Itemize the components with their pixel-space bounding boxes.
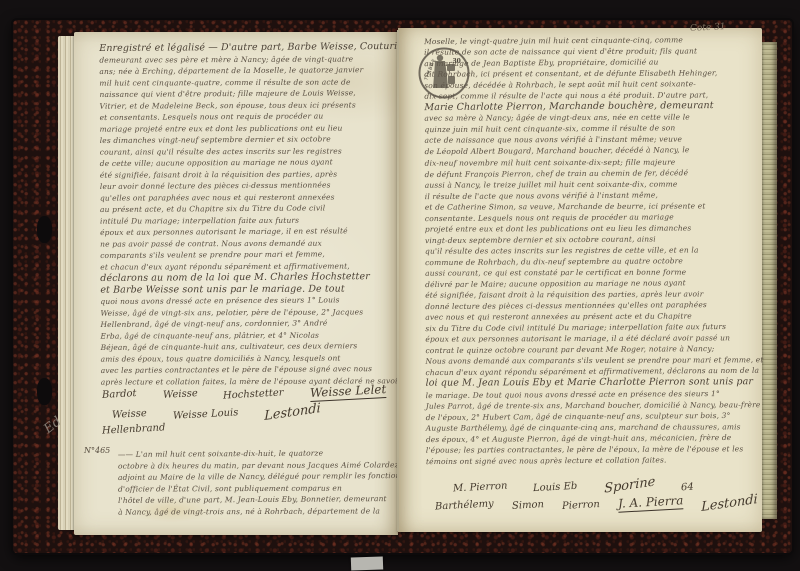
right-page-stack-edge — [762, 42, 777, 519]
signature: Pierron — [561, 499, 599, 512]
manuscript-line: ans; née à Erching, département de la Mo… — [99, 64, 393, 78]
left-signature-block: BardotWeisseHochstetterWeisse Lelet Weis… — [102, 384, 386, 435]
manuscript-line: de cette ville; aucune opposition au mar… — [100, 156, 394, 170]
signature: M. Pierron — [453, 481, 508, 495]
archival-register-photo: Enregistré et légalisé — D'autre part, B… — [0, 0, 800, 567]
signature: Barthélemy — [435, 498, 494, 512]
signature: Weisse — [162, 388, 197, 401]
timbre-revenue-stamp: 30 TIMBRE — [417, 46, 471, 100]
manuscript-line: époux et aux personnes autorisant le mar… — [100, 225, 394, 239]
manuscript-line: Béjean, âgé de cinquante-huit ans, culti… — [101, 340, 395, 354]
signature-row: Hellenbrand — [102, 424, 386, 435]
cover-paper-label — [351, 556, 383, 567]
page-fold-line — [397, 30, 399, 531]
folio-number-note: Cote 31 — [690, 22, 726, 34]
signature: Lestondi — [264, 401, 320, 424]
manuscript-line: comparants s'ils veulent se prendre pour… — [100, 248, 394, 262]
signature: Lestondi — [701, 492, 757, 515]
manuscript-line: vingt-deux septembre dernier et six octo… — [425, 233, 741, 246]
manuscript-line: les dimanches vingt-neuf septembre derni… — [100, 133, 394, 147]
signature: Simon — [511, 499, 544, 512]
left-page-stack-edge — [58, 36, 75, 530]
cover-clasp-top — [37, 216, 52, 243]
manuscript-line: Moselle, le vingt-quatre juin mil huit c… — [424, 34, 740, 47]
signature-row: WeisseWeisse LouisLestondi — [112, 405, 386, 420]
signature-row: BarthélemySimonPierronJ. A. PierraLeston… — [435, 495, 758, 511]
manuscript-line: au présent acte, et du Chapitre six du T… — [100, 202, 394, 216]
signature: J. A. Pierra — [617, 493, 683, 512]
act-margin-number: N°465 — [84, 446, 110, 455]
manuscript-line: naissance qui vient d'être produit; fill… — [99, 87, 393, 101]
manuscript-line: des époux, 4° et Auguste Pierron, âgé de… — [426, 432, 742, 445]
signature-row: BardotWeisseHochstetterWeisse Lelet — [102, 384, 386, 400]
manuscript-line: Enregistré et légalisé — D'autre part, B… — [99, 41, 393, 55]
signature: Sporine — [604, 474, 655, 496]
manuscript-line: consentante. Lesquels nous ont requis de… — [425, 211, 741, 224]
right-signature-block: M. PierronLouis EbSporine64 BarthélemySi… — [453, 478, 758, 511]
signature: Louis Eb — [533, 481, 578, 494]
manuscript-line: à Nancy, âgé de vingt-trois ans, né à Ro… — [118, 505, 394, 518]
signature: Weisse Louis — [173, 407, 239, 421]
signature: 64 — [681, 482, 694, 494]
signature: Hochstetter — [223, 387, 284, 401]
act-text-eby-pierron: Moselle, le vingt-quatre juin mil huit c… — [424, 34, 742, 466]
manuscript-line: l'hôtel de ville, d'une part, M. Jean-Lo… — [118, 493, 394, 506]
act-text-465: —— L'an mil huit cent soixante-dix-huit,… — [118, 447, 394, 517]
right-page: Moselle, le vingt-quatre juin mil huit c… — [398, 28, 762, 532]
manuscript-line: avec les parties contractantes et le pèr… — [101, 363, 395, 377]
manuscript-line: déclarons au nom de la loi que M. Charle… — [100, 271, 394, 285]
manuscript-line: leur avoir donné lecture des pièces ci-d… — [100, 179, 394, 193]
manuscript-line: au mariage de Jean Baptiste Eby, proprié… — [424, 56, 740, 69]
manuscript-line: de l'époux, 2° Hubert Cam, âgé de cinqua… — [426, 409, 742, 422]
signature-row: M. PierronLouis EbSporine64 — [453, 478, 758, 493]
manuscript-line: —— L'an mil huit cent soixante-dix-huit,… — [118, 447, 394, 460]
manuscript-line: il résulte de l'acte que nous avons véri… — [425, 189, 741, 202]
signature: Weisse Lelet — [310, 382, 387, 402]
act-text-hochstetter-weisse: Enregistré et légalisé — D'autre part, B… — [99, 41, 395, 387]
manuscript-line: quoi nous avons dressé acte en présence … — [100, 294, 394, 308]
manuscript-line: Hellenbrand, âgé de vingt-neuf ans, cord… — [100, 317, 394, 331]
manuscript-line: de défunt François Pierron, chef de trai… — [425, 166, 741, 179]
manuscript-line: témoins ont signé avec nous après lectur… — [426, 454, 742, 467]
manuscript-line: commune de Rohrbach, du dix-neuf septemb… — [425, 255, 741, 268]
stamp-value: 30 — [453, 58, 461, 65]
signature: Hellenbrand — [102, 422, 166, 436]
manuscript-line: le mariage. De tout quoi nous avons dres… — [426, 387, 742, 400]
manuscript-line: adjoint au Maire de la ville de Nancy, d… — [118, 470, 394, 483]
cover-clasp-bottom — [37, 378, 52, 405]
manuscript-line: délivré par le Maire; aucune opposition … — [425, 277, 741, 290]
left-page: Enregistré et légalisé — D'autre part, B… — [74, 32, 398, 535]
manuscript-line: et consentants. Lesquels nous ont requis… — [100, 110, 394, 124]
signature: Bardot — [102, 388, 137, 401]
signature: Weisse — [112, 408, 147, 421]
